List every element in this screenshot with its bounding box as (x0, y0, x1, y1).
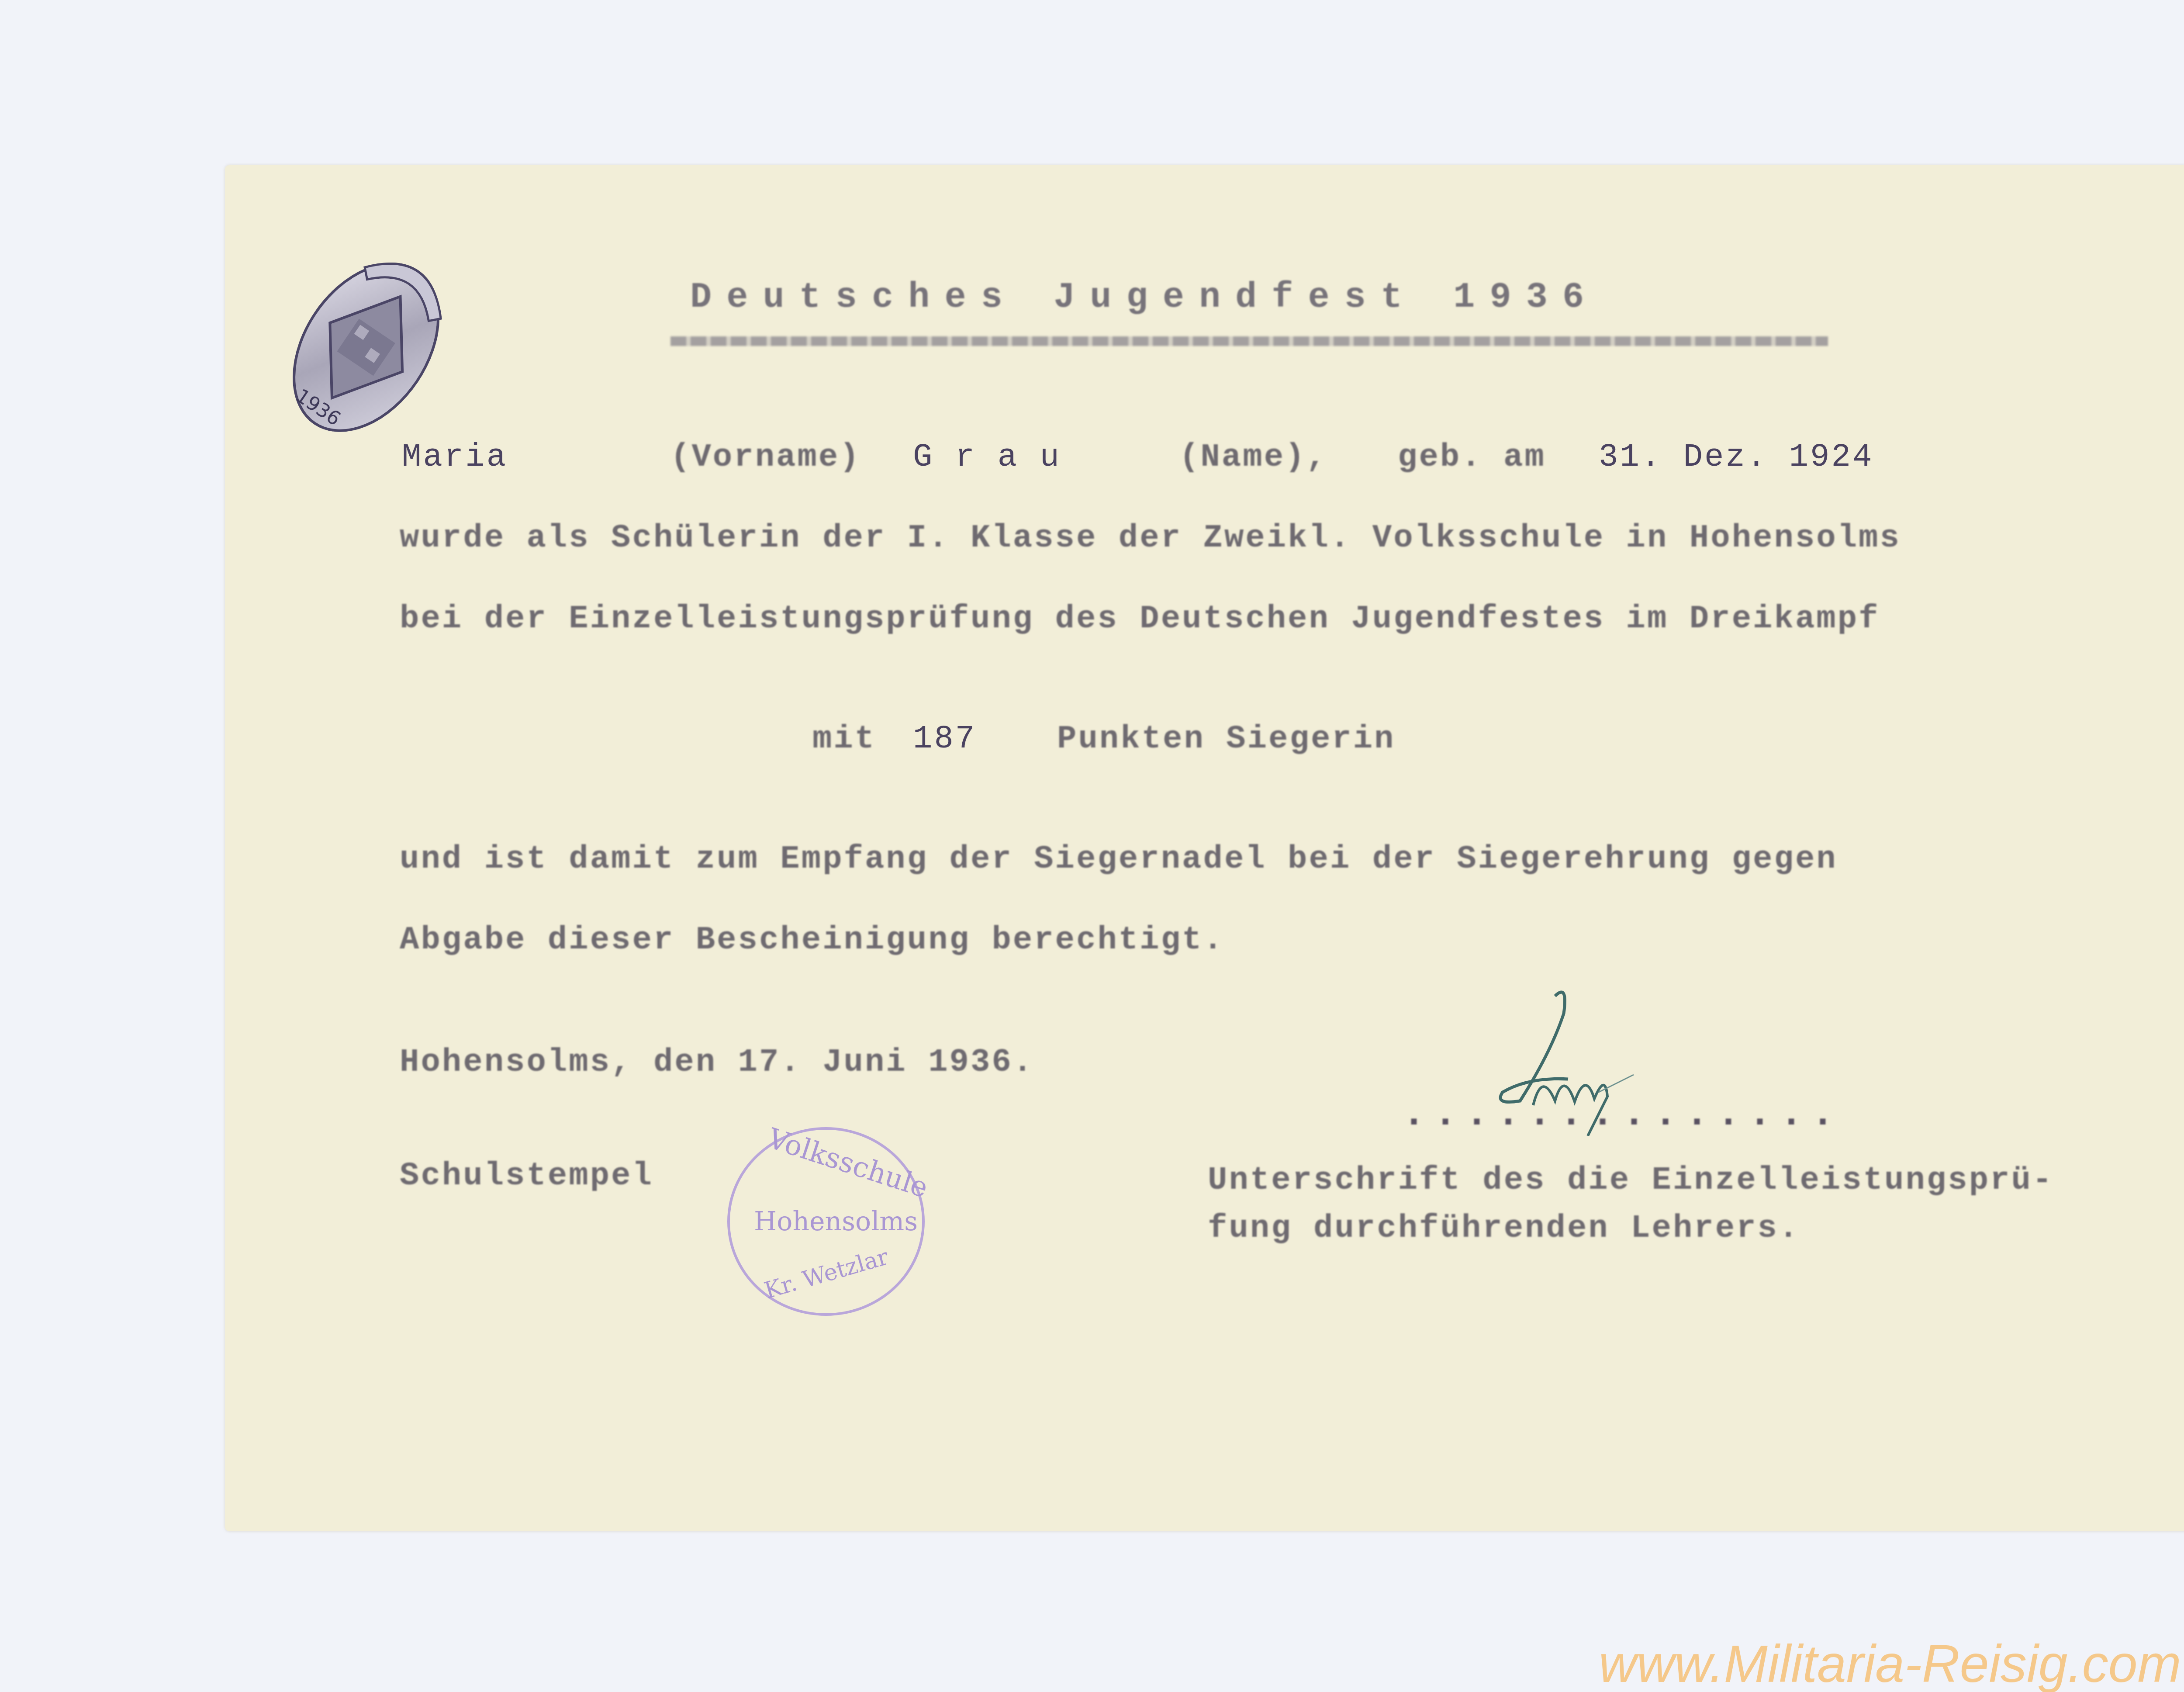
result-prefix: mit (812, 723, 876, 755)
school-stamp: Volksschule Hohensolms Kr. Wetzlar (727, 1127, 925, 1316)
entitlement-line: und ist damit zum Empfang der Siegernade… (400, 843, 1838, 875)
entitlement-line-2: Abgabe dieser Bescheinigung berechtigt. (400, 924, 1224, 956)
name-label: (Name), (1179, 441, 1327, 474)
vorname-value: Maria (402, 441, 508, 474)
name-value: G r a u (913, 441, 1061, 474)
born-value: 31. Dez. 1924 (1599, 441, 1873, 474)
watermark: www.Militaria-Reisig.com (1599, 1634, 2181, 1692)
stamp-middle-text: Hohensolms (754, 1206, 918, 1237)
signature-caption-2: fung durchführenden Lehrers. (1208, 1212, 1800, 1245)
born-label: geb. am (1398, 441, 1546, 474)
signature-line: .............. (1402, 1092, 1842, 1137)
stamp-bottom-text: Kr. Wetzlar (761, 1244, 891, 1304)
title-underline (670, 336, 1828, 346)
school-line: wurde als Schülerin der I. Klasse der Zw… (400, 522, 1901, 554)
exam-line: bei der Einzelleistungsprüfung des Deuts… (400, 603, 1880, 635)
vorname-label: (Vorname) (670, 441, 861, 474)
signature-caption-1: Unterschrift des die Einzelleistungsprü- (1208, 1164, 2053, 1197)
stamp-label: Schulstempel (400, 1160, 653, 1192)
result-points: 187 (913, 723, 976, 755)
result-suffix: Punkten Siegerin (1057, 723, 1396, 755)
document-title: Deutsches Jugendfest 1936 (690, 280, 1599, 315)
place-date: Hohensolms, den 17. Juni 1936. (400, 1046, 1034, 1079)
